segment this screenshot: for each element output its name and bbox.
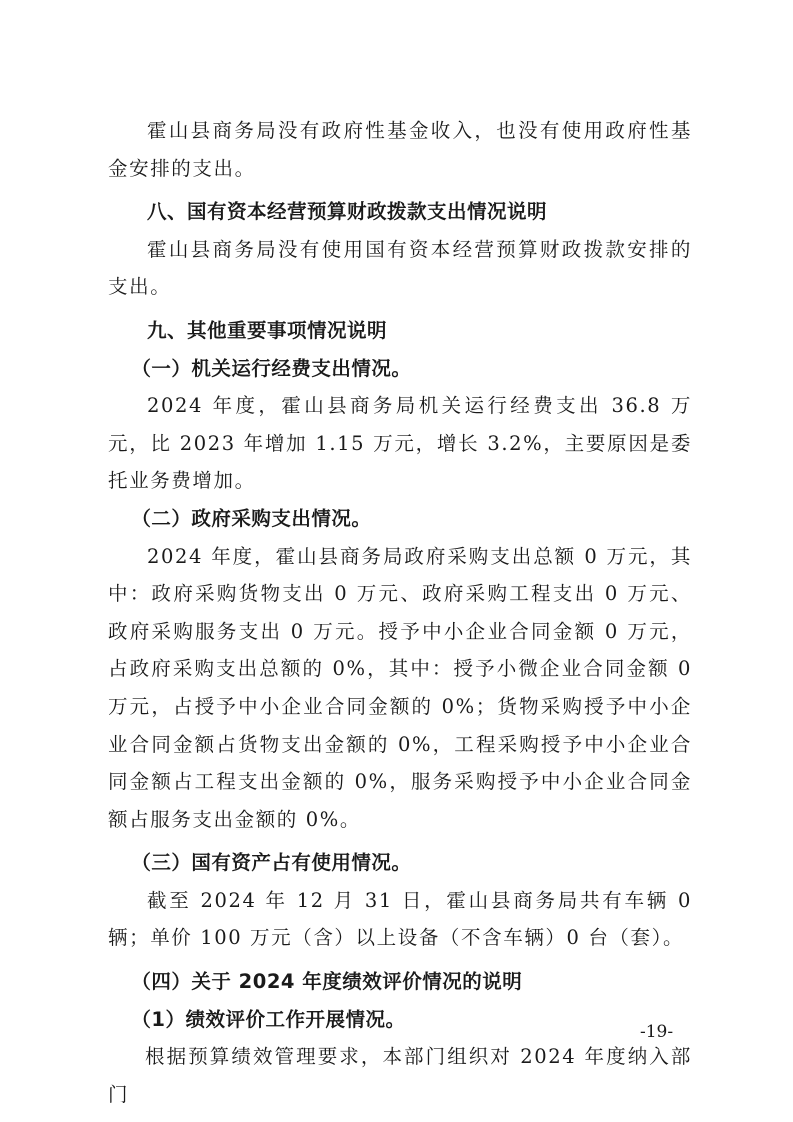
- paragraph-procurement: 2024 年度，霍山县商务局政府采购支出总额 0 万元，其中：政府采购货物支出 …: [108, 538, 692, 839]
- page-number: -19-: [640, 1022, 673, 1042]
- paragraph-evaluation-work: 根据预算绩效管理要求，本部门组织对 2024 年度纳入部门: [108, 1038, 692, 1113]
- paragraph-state-capital: 霍山县商务局没有使用国有资本经营预算财政拨款安排的支出。: [108, 231, 692, 306]
- document-page: 霍山县商务局没有政府性基金收入，也没有使用政府性基金安排的支出。 八、国有资本经…: [108, 112, 692, 1113]
- paragraph-operating-costs: 2024 年度，霍山县商务局机关运行经费支出 36.8 万元，比 2023 年增…: [108, 387, 692, 500]
- heading-procurement: （二）政府采购支出情况。: [108, 500, 692, 538]
- heading-operating-costs: （一）机关运行经费支出情况。: [108, 350, 692, 388]
- heading-performance-evaluation: （四）关于 2024 年度绩效评价情况的说明: [108, 963, 692, 1001]
- heading-section-8: 八、国有资本经营预算财政拨款支出情况说明: [108, 193, 692, 231]
- heading-evaluation-work: （1）绩效评价工作开展情况。: [108, 1001, 692, 1039]
- paragraph-gov-fund: 霍山县商务局没有政府性基金收入，也没有使用政府性基金安排的支出。: [108, 112, 692, 187]
- heading-section-9: 九、其他重要事项情况说明: [108, 312, 692, 350]
- paragraph-state-assets: 截至 2024 年 12 月 31 日，霍山县商务局共有车辆 0 辆；单价 10…: [108, 882, 692, 957]
- heading-state-assets: （三）国有资产占有使用情况。: [108, 844, 692, 882]
